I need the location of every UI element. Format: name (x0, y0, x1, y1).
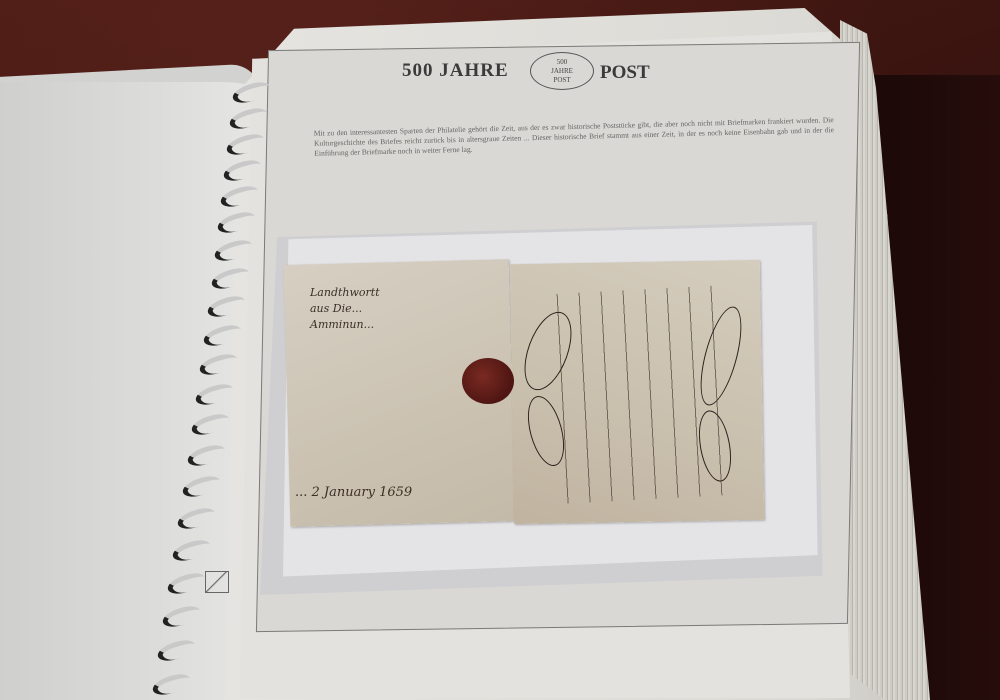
letter-handwriting (543, 286, 724, 505)
ring-icon (189, 410, 231, 438)
ring-icon (193, 380, 235, 408)
ring-icon (197, 350, 239, 378)
post-emblem-icon: 500 JAHRE POST (530, 52, 594, 90)
page-title-left: 500 JAHRE (402, 60, 509, 82)
ring-icon (180, 472, 222, 500)
ring-icon (160, 602, 202, 630)
page-title-right: POST (600, 62, 650, 84)
ring-icon (155, 636, 197, 664)
emblem-line: JAHRE (531, 67, 593, 76)
corner-mark-icon (205, 571, 229, 593)
ring-icon (209, 264, 251, 292)
wax-seal-icon (462, 358, 514, 404)
address-line: aus Die... (310, 301, 490, 317)
ring-icon (205, 292, 247, 320)
address-line: Landthwortt (310, 285, 490, 301)
ring-icon (221, 156, 263, 184)
letter-address: Landthwortt aus Die... Amminun... (310, 285, 490, 333)
ring-icon (150, 670, 192, 698)
ring-icon (175, 504, 217, 532)
ring-icon (185, 441, 227, 469)
binder-rings (150, 70, 260, 700)
ring-icon (212, 236, 254, 264)
ring-icon (170, 536, 212, 564)
ring-icon (215, 208, 257, 236)
ring-icon (201, 321, 243, 349)
letter-date: ... 2 January 1659 (295, 485, 412, 500)
emblem-line: POST (531, 76, 593, 85)
emblem-line: 500 (531, 58, 593, 67)
ring-icon (165, 569, 207, 597)
address-line: Amminun... (310, 317, 490, 333)
ring-icon (218, 182, 260, 210)
